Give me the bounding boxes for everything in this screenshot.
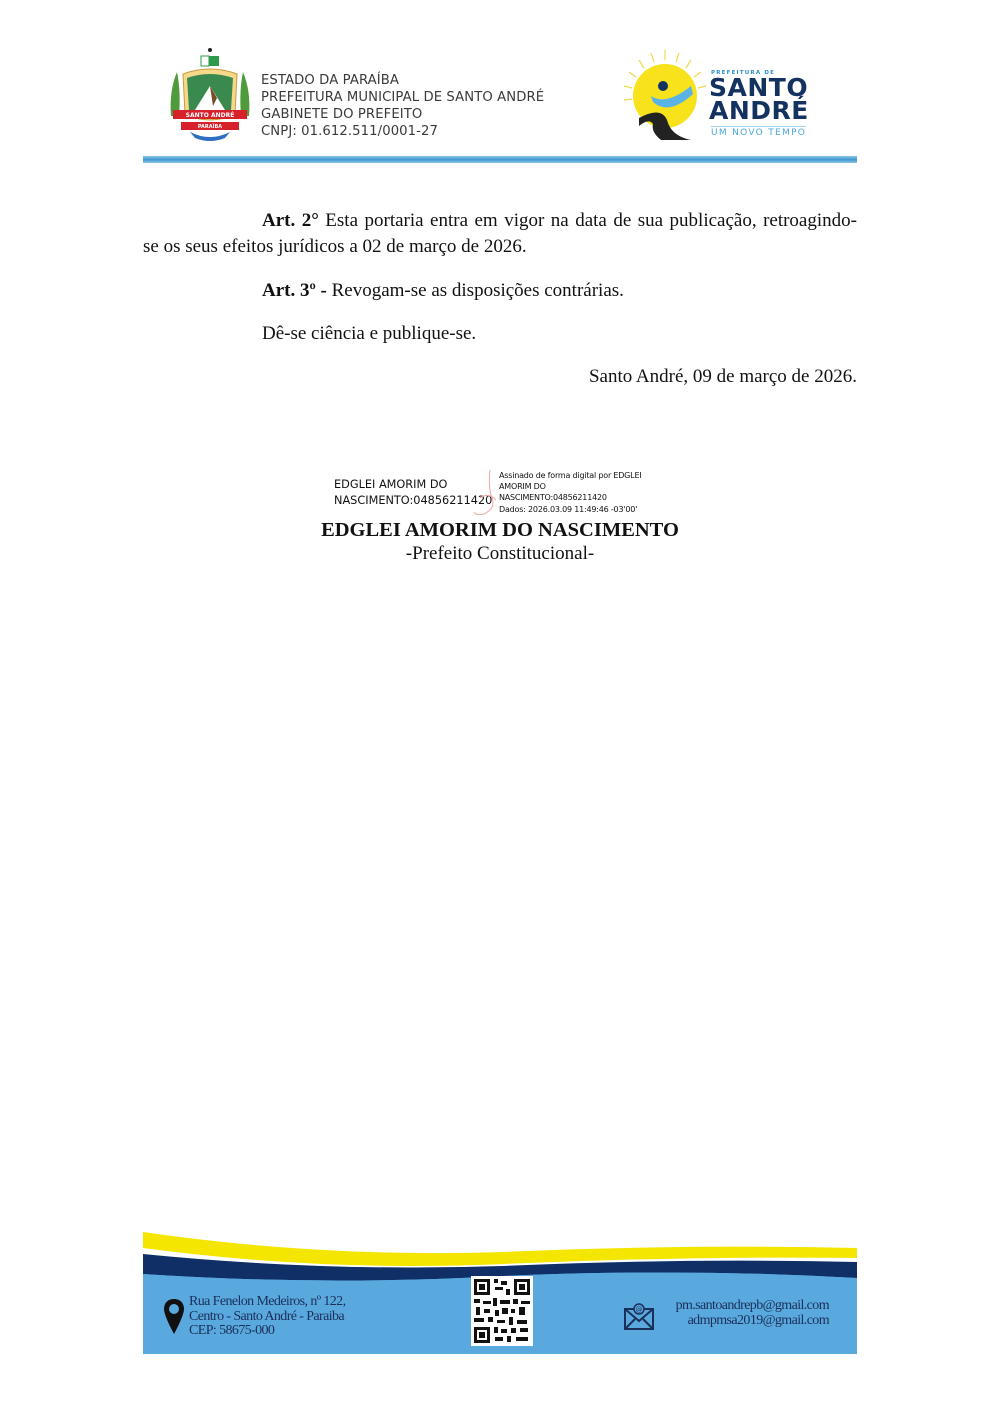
letterhead: SANTO ANDRÉ PARAÍBA ESTADO DA PARAÍBA PR…	[143, 40, 858, 165]
municipality-name: PREFEITURA MUNICIPAL DE SANTO ANDRÉ	[261, 89, 544, 106]
footer-address: Rua Fenelon Medeiros, nº 122, Centro - S…	[189, 1295, 345, 1339]
email-secondary[interactable]: admpmsa2019@gmail.com	[676, 1313, 829, 1328]
article-3: Art. 3º - Revogam-se as disposições cont…	[262, 280, 624, 302]
email-icon: @	[623, 1301, 655, 1331]
state-name: ESTADO DA PARAÍBA	[261, 72, 544, 89]
footer-emails: pm.santoandrepb@gmail.com admpmsa2019@gm…	[676, 1298, 829, 1328]
brand-name: SANTO ANDRÉ	[709, 76, 809, 122]
article-2-continuation: se os seus efeitos jurídicos a 02 de mar…	[143, 236, 527, 258]
place-and-date: Santo André, 09 de março de 2026.	[589, 366, 857, 388]
document-page: SANTO ANDRÉ PARAÍBA ESTADO DA PARAÍBA PR…	[0, 0, 1000, 1415]
brand-logo: PREFEITURA DE SANTO ANDRÉ UM NOVO TEMPO	[621, 48, 861, 148]
digital-signer: EDGLEI AMORIM DO NASCIMENTO:04856211420	[334, 477, 492, 509]
article-2: Art. 2° Esta portaria entra em vigor na …	[262, 210, 857, 232]
municipal-crest-icon: SANTO ANDRÉ PARAÍBA	[165, 46, 255, 146]
location-pin-icon	[163, 1298, 185, 1336]
brand-tagline: UM NOVO TEMPO	[711, 126, 806, 138]
svg-text:SANTO ANDRÉ: SANTO ANDRÉ	[186, 111, 235, 119]
sun-road-logo-icon	[621, 48, 711, 143]
letterhead-footer: Rua Fenelon Medeiros, nº 122, Centro - S…	[143, 1228, 857, 1354]
svg-text:PARAÍBA: PARAÍBA	[198, 122, 222, 130]
header-divider	[143, 156, 857, 163]
qr-code-icon[interactable]	[471, 1276, 533, 1346]
svg-text:@: @	[636, 1306, 643, 1314]
digital-signature-mark-icon	[470, 468, 500, 518]
office-name: GABINETE DO PREFEITO	[261, 106, 544, 123]
signatory-role: -Prefeito Constitucional-	[0, 543, 1000, 565]
signatory-name: EDGLEI AMORIM DO NASCIMENTO	[0, 519, 1000, 542]
cnpj: CNPJ: 01.612.511/0001-27	[261, 123, 544, 140]
email-primary[interactable]: pm.santoandrepb@gmail.com	[676, 1298, 829, 1313]
closing-statement: Dê-se ciência e publique-se.	[262, 323, 476, 345]
digital-signature-details: Assinado de forma digital por EDGLEI AMO…	[499, 470, 641, 515]
letterhead-text: ESTADO DA PARAÍBA PREFEITURA MUNICIPAL D…	[261, 72, 544, 140]
